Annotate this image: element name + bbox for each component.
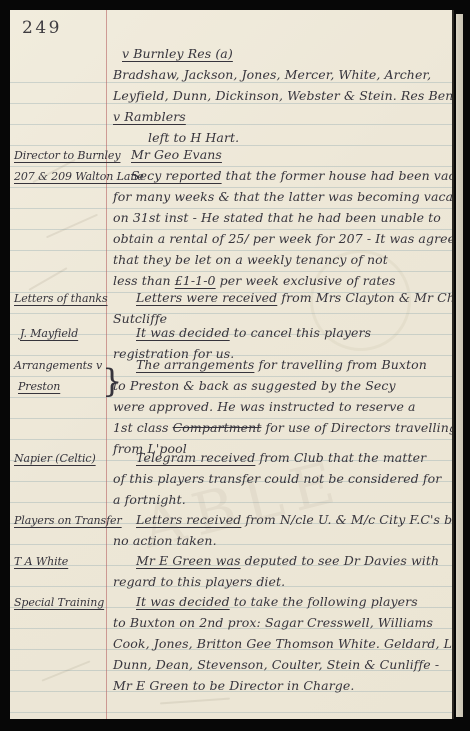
minute-line: to Buxton on 2nd prox: Sagar Cresswell, … <box>113 615 433 630</box>
minute-line: Cook, Jones, Britton Gee Thomson White. … <box>113 636 454 651</box>
minute-text: from Club that the matter <box>255 450 426 465</box>
minute-line: that they be let on a weekly tenancy of … <box>113 252 388 267</box>
fixture-heading-ramblers: v Ramblers <box>113 109 186 124</box>
adjacent-page-edge <box>456 14 463 717</box>
minute-text: deputed to see Dr Davies with <box>241 553 440 568</box>
margin-heading-director-burnley: Director to Burnley <box>14 149 120 162</box>
minute-line: to Preston & back as suggested by the Se… <box>113 378 396 393</box>
ink-bleedthrough <box>42 660 91 681</box>
ink-bleedthrough <box>160 698 230 705</box>
page-number: 249 <box>22 18 62 38</box>
minute-line: It was decided to take the following pla… <box>136 594 418 609</box>
minute-line: Letters received from N/cle U. & M/c Cit… <box>136 512 454 527</box>
minute-line: Letters were received from Mrs Clayton &… <box>136 290 454 305</box>
minute-lead: Mr E Green was <box>136 553 241 568</box>
margin-heading-letters-of-thanks: Letters of thanks <box>14 292 108 305</box>
minute-line: 1st class Compartment for use of Directo… <box>113 420 454 435</box>
fixture-heading: v Burnley Res (a) <box>122 46 233 61</box>
team-list-line: Bradshaw, Jackson, Jones, Mercer, White,… <box>113 67 431 82</box>
minute-line: Sutcliffe <box>113 311 167 326</box>
minute-text: to cancel this players <box>230 325 371 340</box>
minute-text: for use of Directors travelling <box>261 420 454 435</box>
minute-book-scan: ABLE 249 v Burnley Res (a) Bradshaw, Jac… <box>0 0 470 731</box>
team-list-line: Leyfield, Dunn, Dickinson, Webster & Ste… <box>113 88 454 103</box>
margin-heading-walton-lane: 207 & 209 Walton Lane <box>14 170 144 183</box>
minute-line: on 31st inst - He stated that he had bee… <box>113 210 441 225</box>
minute-lead: Secy reported <box>131 168 222 183</box>
ink-bleedthrough <box>28 267 67 291</box>
fixture-note: left to H Hart. <box>148 130 239 145</box>
minute-line: Mr E Green was deputed to see Dr Davies … <box>136 553 439 568</box>
minute-line: Mr E Green to be Director in Charge. <box>113 678 354 693</box>
minute-text: from Mrs Clayton & Mr Ch <box>277 290 454 305</box>
minute-lead: It was decided <box>136 594 230 609</box>
minute-lead: Letters were received <box>136 290 277 305</box>
minute-line: The arrangements for travelling from Bux… <box>136 357 427 372</box>
minute-text: for travelling from Buxton <box>254 357 427 372</box>
minute-text: to take the following players <box>230 594 418 609</box>
minute-line: regard to this players diet. <box>113 574 285 589</box>
minute-text: from N/cle U. & M/c City F.C's but <box>241 512 454 527</box>
minute-text: less than <box>113 273 175 288</box>
margin-heading-napier: Napier (Celtic) <box>14 452 96 465</box>
minute-lead: Telegram received <box>136 450 255 465</box>
minute-line: Telegram received from Club that the mat… <box>136 450 426 465</box>
margin-heading-white: T A White <box>14 555 68 568</box>
ledger-page: ABLE 249 v Burnley Res (a) Bradshaw, Jac… <box>10 10 454 719</box>
minute-line: Dunn, Dean, Stevenson, Coulter, Stein & … <box>113 657 439 672</box>
margin-heading-mayfield: J. Mayfield <box>20 327 78 340</box>
minute-text: that the former house had been vacant <box>222 168 454 183</box>
minute-line: obtain a rental of 25/ per week for 207 … <box>113 231 454 246</box>
minute-text: 1st class <box>113 420 173 435</box>
minute-lead: The arrangements <box>136 357 254 372</box>
minute-line: Mr Geo Evans <box>131 147 222 162</box>
minute-line: It was decided to cancel this players <box>136 325 371 340</box>
minute-text: per week exclusive of rates <box>216 273 396 288</box>
minute-lead: It was decided <box>136 325 230 340</box>
margin-heading-special-training: Special Training <box>14 596 104 609</box>
struck-word: Compartment <box>173 420 262 435</box>
amount-underlined: £1-1-0 <box>175 273 216 288</box>
margin-heading-preston: Preston <box>18 380 60 393</box>
minute-line: were approved. He was instructed to rese… <box>113 399 416 414</box>
minute-line: Secy reported that the former house had … <box>131 168 454 183</box>
minute-line: a fortnight. <box>113 492 186 507</box>
minute-lead: Letters received <box>136 512 241 527</box>
minute-line: for many weeks & that the latter was bec… <box>113 189 454 204</box>
margin-heading-players-on-transfer: Players on Transfer <box>14 514 122 527</box>
minute-line: less than £1-1-0 per week exclusive of r… <box>113 273 396 288</box>
minute-line: no action taken. <box>113 533 217 548</box>
ink-bleedthrough <box>46 214 98 239</box>
margin-heading-arrangements: Arrangements v <box>14 359 102 372</box>
minute-line: of this players transfer could not be co… <box>113 471 441 486</box>
